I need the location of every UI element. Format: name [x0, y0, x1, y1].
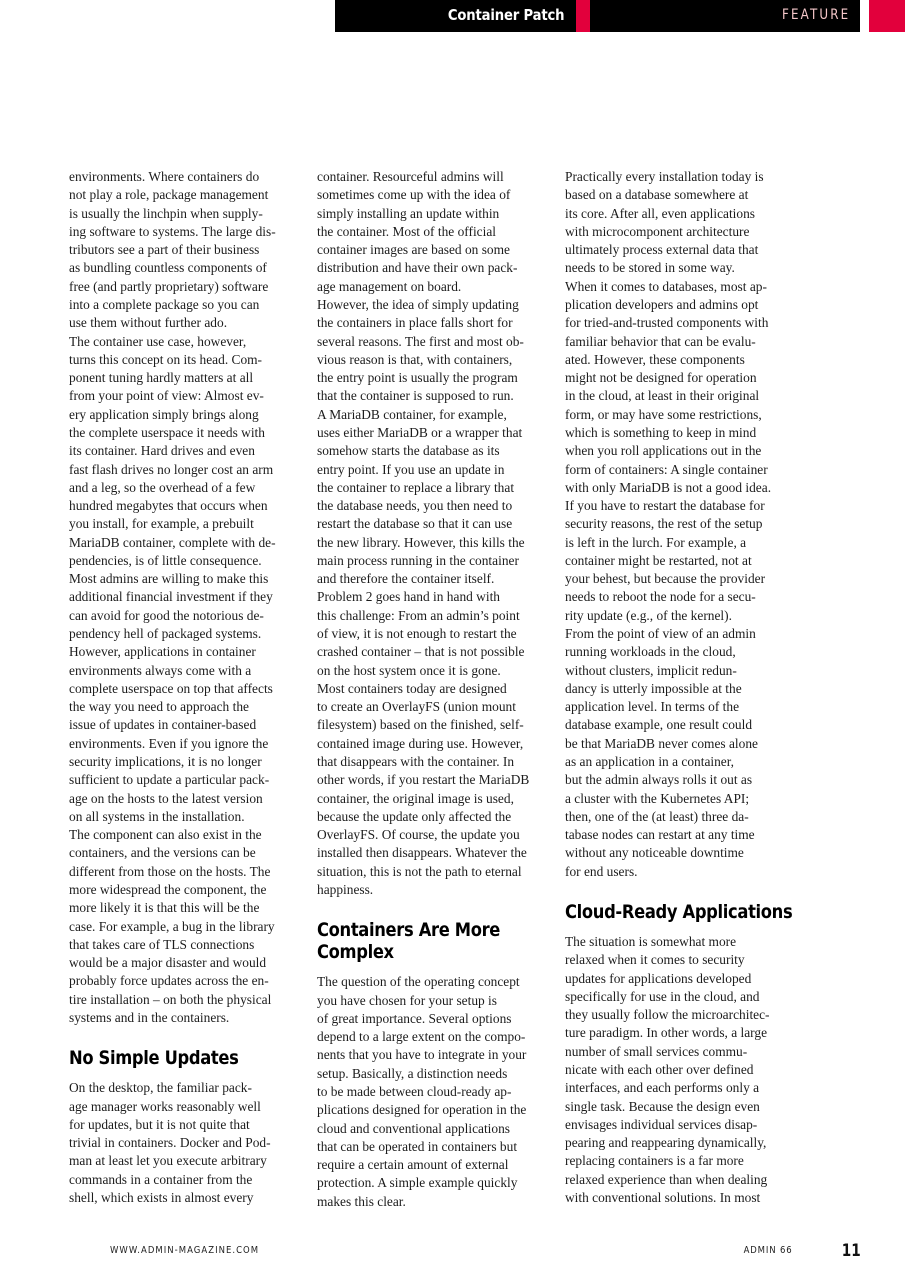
- text-line: dancy is utterly impossible at the: [565, 680, 797, 698]
- text-line: complete userspace on top that affects: [69, 680, 301, 698]
- text-line: security reasons, the rest of the setup: [565, 515, 797, 533]
- text-line: age management on board.: [317, 278, 549, 296]
- paragraph: environments. Where containers donot pla…: [69, 168, 301, 333]
- text-line: for tried-and-trusted components with: [565, 314, 797, 332]
- spacer: [565, 923, 797, 933]
- text-line: vious reason is that, with containers,: [317, 351, 549, 369]
- text-line: you install, for example, a prebuilt: [69, 515, 301, 533]
- text-line: From the point of view of an admin: [565, 625, 797, 643]
- text-line: tabase nodes can restart at any time: [565, 826, 797, 844]
- text-line: The component can also exist in the: [69, 826, 301, 844]
- text-line: However, the idea of simply updating: [317, 296, 549, 314]
- text-line: pendency hell of packaged systems.: [69, 625, 301, 643]
- text-line: contained image during use. However,: [317, 735, 549, 753]
- text-line: form of containers: A single container: [565, 461, 797, 479]
- text-line: Most containers today are designed: [317, 680, 549, 698]
- text-line: issue of updates in container-based: [69, 716, 301, 734]
- text-line: updates for applications developed: [565, 970, 797, 988]
- text-line: environments always come with a: [69, 662, 301, 680]
- text-line: needs to reboot the node for a secu-: [565, 588, 797, 606]
- text-line: nicate with each other over defined: [565, 1061, 797, 1079]
- section-label: FEATURE: [782, 7, 850, 23]
- heading-line: Containers Are More: [317, 919, 517, 941]
- paragraph: The component can also exist in theconta…: [69, 826, 301, 1027]
- heading-line: Complex: [317, 941, 517, 963]
- text-line: cloud and conventional applications: [317, 1120, 549, 1138]
- text-line: distribution and have their own pack-: [317, 259, 549, 277]
- text-line: on the host system once it is gone.: [317, 662, 549, 680]
- text-line: its container. Hard drives and even: [69, 442, 301, 460]
- spacer: [317, 899, 549, 919]
- text-line: to be made between cloud-ready ap-: [317, 1083, 549, 1101]
- text-line: systems and in the containers.: [69, 1009, 301, 1027]
- text-line: specifically for use in the cloud, and: [565, 988, 797, 1006]
- text-line: its core. After all, even applications: [565, 205, 797, 223]
- text-line: is left in the lurch. For example, a: [565, 534, 797, 552]
- text-line: would be a major disaster and would: [69, 954, 301, 972]
- text-line: relaxed experience than when dealing: [565, 1171, 797, 1189]
- text-line: not play a role, package management: [69, 186, 301, 204]
- text-line: environments. Even if you ignore the: [69, 735, 301, 753]
- text-line: envisages individual services disap-: [565, 1116, 797, 1134]
- text-line: The question of the operating concept: [317, 973, 549, 991]
- text-line: application level. In terms of the: [565, 698, 797, 716]
- text-line: When it comes to databases, most ap-: [565, 278, 797, 296]
- text-line: ultimately process external data that: [565, 241, 797, 259]
- text-line: If you have to restart the database for: [565, 497, 797, 515]
- text-line: crashed container – that is not possible: [317, 643, 549, 661]
- text-line: but the admin always rolls it out as: [565, 771, 797, 789]
- text-line: ated. However, these components: [565, 351, 797, 369]
- text-line: Most admins are willing to make this: [69, 570, 301, 588]
- text-line: other words, if you restart the MariaDB: [317, 771, 549, 789]
- text-line: the database needs, you then need to: [317, 497, 549, 515]
- text-line: On the desktop, the familiar pack-: [69, 1079, 301, 1097]
- text-line: fast flash drives no longer cost an arm: [69, 461, 301, 479]
- text-line: A MariaDB container, for example,: [317, 406, 549, 424]
- text-line: different from those on the hosts. The: [69, 863, 301, 881]
- text-line: installed then disappears. Whatever the: [317, 844, 549, 862]
- heading-line: Cloud-Ready Applications: [565, 901, 765, 923]
- spacer: [317, 963, 549, 973]
- text-line: entry point. If you use an update in: [317, 461, 549, 479]
- text-line: in the cloud, at least in their original: [565, 387, 797, 405]
- text-line: filesystem) based on the finished, self-: [317, 716, 549, 734]
- text-line: setup. Basically, a distinction needs: [317, 1065, 549, 1083]
- text-line: on all systems in the installation.: [69, 808, 301, 826]
- text-line: interfaces, and each performs only a: [565, 1079, 797, 1097]
- text-line: as an application in a container,: [565, 753, 797, 771]
- text-line: OverlayFS. Of course, the update you: [317, 826, 549, 844]
- text-line: as bundling countless components of: [69, 259, 301, 277]
- text-line: restart the database so that it can use: [317, 515, 549, 533]
- text-line: turns this concept on its head. Com-: [69, 351, 301, 369]
- text-line: the new library. However, this kills the: [317, 534, 549, 552]
- text-line: needs to be stored in some way.: [565, 259, 797, 277]
- text-line: age on the hosts to the latest version: [69, 790, 301, 808]
- text-line: which is something to keep in mind: [565, 424, 797, 442]
- paragraph: The situation is somewhat morerelaxed wh…: [565, 933, 797, 1207]
- paragraph: The question of the operating conceptyou…: [317, 973, 549, 1211]
- text-line: and a leg, so the overhead of a few: [69, 479, 301, 497]
- text-line: ponent tuning hardly matters at all: [69, 369, 301, 387]
- text-line: you have chosen for your setup is: [317, 992, 549, 1010]
- spacer: [69, 1069, 301, 1079]
- text-line: age manager works reasonably well: [69, 1098, 301, 1116]
- text-line: the container. Most of the official: [317, 223, 549, 241]
- text-line: uses either MariaDB or a wrapper that: [317, 424, 549, 442]
- text-line: more likely it is that this will be the: [69, 899, 301, 917]
- text-line: Practically every installation today is: [565, 168, 797, 186]
- text-line: with only MariaDB is not a good idea.: [565, 479, 797, 497]
- text-line: familiar behavior that can be evalu-: [565, 333, 797, 351]
- text-line: However, applications in container: [69, 643, 301, 661]
- page-number: 11: [842, 1241, 861, 1261]
- text-line: of view, it is not enough to restart the: [317, 625, 549, 643]
- text-line: ture paradigm. In other words, a large: [565, 1024, 797, 1042]
- text-line: with microcomponent architecture: [565, 223, 797, 241]
- text-line: without any noticeable downtime: [565, 844, 797, 862]
- text-line: for updates, but it is not quite that: [69, 1116, 301, 1134]
- text-line: and therefore the container itself.: [317, 570, 549, 588]
- paragraph: On the desktop, the familiar pack-age ma…: [69, 1079, 301, 1207]
- paragraph: When it comes to databases, most ap-plic…: [565, 278, 797, 625]
- spacer: [69, 1027, 301, 1047]
- header-accent-block: [869, 0, 905, 32]
- text-line: commands in a container from the: [69, 1171, 301, 1189]
- text-line: sufficient to update a particular pack-: [69, 771, 301, 789]
- text-line: containers, and the versions can be: [69, 844, 301, 862]
- text-line: free (and partly proprietary) software: [69, 278, 301, 296]
- paragraph: From the point of view of an adminrunnin…: [565, 625, 797, 881]
- text-line: Problem 2 goes hand in hand with: [317, 588, 549, 606]
- section-heading: No Simple Updates: [69, 1047, 301, 1069]
- text-line: tributors see a part of their business: [69, 241, 301, 259]
- text-line: main process running in the container: [317, 552, 549, 570]
- text-line: ery application simply brings along: [69, 406, 301, 424]
- text-line: container. Resourceful admins will: [317, 168, 549, 186]
- text-line: sometimes come up with the idea of: [317, 186, 549, 204]
- text-line: because the update only affected the: [317, 808, 549, 826]
- text-column-3: Practically every installation today isb…: [565, 168, 797, 1207]
- text-line: The container use case, however,: [69, 333, 301, 351]
- text-line: The situation is somewhat more: [565, 933, 797, 951]
- text-line: based on a database somewhere at: [565, 186, 797, 204]
- text-line: simply installing an update within: [317, 205, 549, 223]
- text-line: makes this clear.: [317, 1193, 549, 1211]
- text-line: to create an OverlayFS (union mount: [317, 698, 549, 716]
- text-line: can avoid for good the notorious de-: [69, 607, 301, 625]
- text-line: shell, which exists in almost every: [69, 1189, 301, 1207]
- text-line: container, the original image is used,: [317, 790, 549, 808]
- text-line: happiness.: [317, 881, 549, 899]
- text-line: without clusters, implicit redun-: [565, 662, 797, 680]
- text-line: this challenge: From an admin’s point: [317, 607, 549, 625]
- text-line: the complete userspace it needs with: [69, 424, 301, 442]
- text-line: hundred megabytes that occurs when: [69, 497, 301, 515]
- paragraph: Most containers today are designedto cre…: [317, 680, 549, 899]
- text-line: they usually follow the microarchitec-: [565, 1006, 797, 1024]
- text-line: additional financial investment if they: [69, 588, 301, 606]
- text-line: container images are based on some: [317, 241, 549, 259]
- text-line: into a complete package so you can: [69, 296, 301, 314]
- text-column-1: environments. Where containers donot pla…: [69, 168, 301, 1207]
- text-line: pearing and reappearing dynamically,: [565, 1134, 797, 1152]
- text-line: when you roll applications out in the: [565, 442, 797, 460]
- text-line: that disappears with the container. In: [317, 753, 549, 771]
- text-line: that takes care of TLS connections: [69, 936, 301, 954]
- text-line: use them without further ado.: [69, 314, 301, 332]
- text-line: single task. Because the design even: [565, 1098, 797, 1116]
- paragraph: Most admins are willing to make thisaddi…: [69, 570, 301, 826]
- text-line: your behest, but because the provider: [565, 570, 797, 588]
- text-line: protection. A simple example quickly: [317, 1174, 549, 1192]
- text-line: plication developers and admins opt: [565, 296, 797, 314]
- text-line: running workloads in the cloud,: [565, 643, 797, 661]
- text-line: of great importance. Several options: [317, 1010, 549, 1028]
- text-line: require a certain amount of external: [317, 1156, 549, 1174]
- text-line: might not be designed for operation: [565, 369, 797, 387]
- text-line: environments. Where containers do: [69, 168, 301, 186]
- text-line: depend to a large extent on the compo-: [317, 1028, 549, 1046]
- text-line: security implications, it is no longer: [69, 753, 301, 771]
- text-line: pendencies, is of little consequence.: [69, 552, 301, 570]
- text-line: more widespread the component, the: [69, 881, 301, 899]
- spacer: [565, 881, 797, 901]
- paragraph: The container use case, however,turns th…: [69, 333, 301, 571]
- text-line: nents that you have to integrate in your: [317, 1046, 549, 1064]
- text-line: MariaDB container, complete with de-: [69, 534, 301, 552]
- paragraph: Problem 2 goes hand in hand withthis cha…: [317, 588, 549, 679]
- paragraph: container. Resourceful admins willsometi…: [317, 168, 549, 296]
- text-line: plications designed for operation in the: [317, 1101, 549, 1119]
- text-line: rity update (e.g., of the kernel).: [565, 607, 797, 625]
- text-line: database example, one result could: [565, 716, 797, 734]
- text-line: case. For example, a bug in the library: [69, 918, 301, 936]
- text-line: situation, this is not the path to etern…: [317, 863, 549, 881]
- text-line: from your point of view: Almost ev-: [69, 387, 301, 405]
- text-line: a cluster with the Kubernetes API;: [565, 790, 797, 808]
- text-line: form, or may have some restrictions,: [565, 406, 797, 424]
- paragraph: Practically every installation today isb…: [565, 168, 797, 278]
- footer-issue-label: ADMIN 66: [744, 1245, 793, 1256]
- text-line: tire installation – on both the physical: [69, 991, 301, 1009]
- text-line: number of small services commu-: [565, 1043, 797, 1061]
- text-line: relaxed when it comes to security: [565, 951, 797, 969]
- footer-website-url: WWW.ADMIN-MAGAZINE.COM: [110, 1245, 259, 1256]
- text-line: the container to replace a library that: [317, 479, 549, 497]
- text-line: with conventional solutions. In most: [565, 1189, 797, 1207]
- text-line: trivial in containers. Docker and Pod-: [69, 1134, 301, 1152]
- text-line: then, one of the (at least) three da-: [565, 808, 797, 826]
- paragraph: However, the idea of simply updatingthe …: [317, 296, 549, 589]
- text-line: replacing containers is a far more: [565, 1152, 797, 1170]
- section-heading: Cloud-Ready Applications: [565, 901, 797, 923]
- text-line: container might be restarted, not at: [565, 552, 797, 570]
- section-heading: Containers Are MoreComplex: [317, 919, 549, 963]
- text-line: several reasons. The first and most ob-: [317, 333, 549, 351]
- heading-line: No Simple Updates: [69, 1047, 269, 1069]
- text-column-2: container. Resourceful admins willsometi…: [317, 168, 549, 1211]
- text-line: that can be operated in containers but: [317, 1138, 549, 1156]
- header-accent-stripe: [576, 0, 590, 32]
- text-line: for end users.: [565, 863, 797, 881]
- text-line: ing software to systems. The large dis-: [69, 223, 301, 241]
- text-line: the entry point is usually the program: [317, 369, 549, 387]
- text-line: the way you need to approach the: [69, 698, 301, 716]
- text-line: probably force updates across the en-: [69, 972, 301, 990]
- text-line: be that MariaDB never comes alone: [565, 735, 797, 753]
- text-line: somehow starts the database as its: [317, 442, 549, 460]
- text-line: man at least let you execute arbitrary: [69, 1152, 301, 1170]
- text-line: the containers in place falls short for: [317, 314, 549, 332]
- text-line: that the container is supposed to run.: [317, 387, 549, 405]
- text-line: is usually the linchpin when supply-: [69, 205, 301, 223]
- article-title: Container Patch: [448, 6, 564, 24]
